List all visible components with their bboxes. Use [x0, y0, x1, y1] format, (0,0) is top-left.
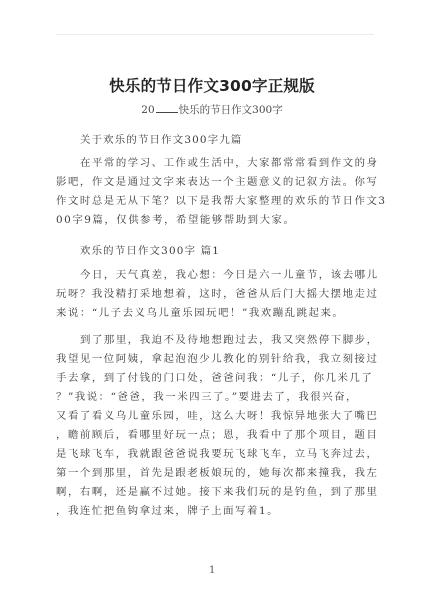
essay-heading: 欢乐的节日作文300字 篇1: [80, 242, 220, 257]
subtitle-prefix: 20: [141, 104, 154, 116]
intro-line: 作文时总是无从下笔？以下是我帮大家整理的欢乐的节日作文3: [56, 195, 368, 207]
para2-line: 第一个到那里，首先是跟老板娘玩的，她每次都来撞我，我左: [56, 467, 368, 479]
page-number: 1: [209, 565, 215, 576]
document-title: 快乐的节日作文300字正规版: [0, 74, 424, 96]
para1-line: 来说：“儿子去义乌儿童乐园玩吧！”我欢蹦乱跳起来。: [56, 307, 368, 319]
intro-line: 在平常的学习、工作或生活中，大家都常常看到作文的身: [56, 157, 392, 169]
para1-line: 玩呀？我没精打采地想着，这时，爸爸从后门大摇大摆地走过: [56, 288, 368, 300]
para2-line: 我望见一位阿姨，拿起泡泡少儿教化的别针给我，我立刻接过: [56, 353, 368, 365]
para2-line: 到了那里，我迫不及待地想跑过去，我又突然停下脚步，: [56, 334, 392, 346]
para2-line: 手去拿，到了付钱的门口处，爸爸问我：“儿子，你几米几了: [56, 372, 368, 384]
header-divider: [56, 34, 374, 35]
para2-line: ，瞻前顾后，看哪里好玩一点；恩，我看中了那个项目，题目: [56, 429, 368, 441]
document-subtitle: 20快乐的节日作文300字: [0, 102, 424, 117]
intro-line: 00字9篇，仅供参考，希望能够帮助到大家。: [56, 214, 368, 226]
para1-line: 今日，天气真差，我心想：今日是六一儿童节，该去哪儿: [56, 269, 392, 281]
subtitle-blank: [156, 112, 178, 113]
para2-line: 啊，右啊，还是赢不过她。接下来我们玩的是钓鱼，到了那里: [56, 486, 368, 498]
section-heading: 关于欢乐的节日作文300字九篇: [80, 131, 243, 146]
para2-line: ，我连忙把鱼钩拿过来，牌子上面写着1。: [56, 505, 368, 517]
para2-line: 是飞球飞车，我就跟爸爸说我要玩飞球飞车，立马飞奔过去，: [56, 448, 368, 460]
para2-line: 又看了看义乌儿童乐园，哇，这么大呀！我惊异地张大了嘴巴: [56, 410, 368, 422]
para2-line: ？”我说：“爸爸，我一米四三了。”要进去了，我很兴奋，: [56, 391, 368, 403]
subtitle-suffix: 快乐的节日作文300字: [179, 104, 283, 116]
intro-line: 影吧，作文是通过文字来表达一个主题意义的记叙方法。你写: [56, 176, 368, 188]
